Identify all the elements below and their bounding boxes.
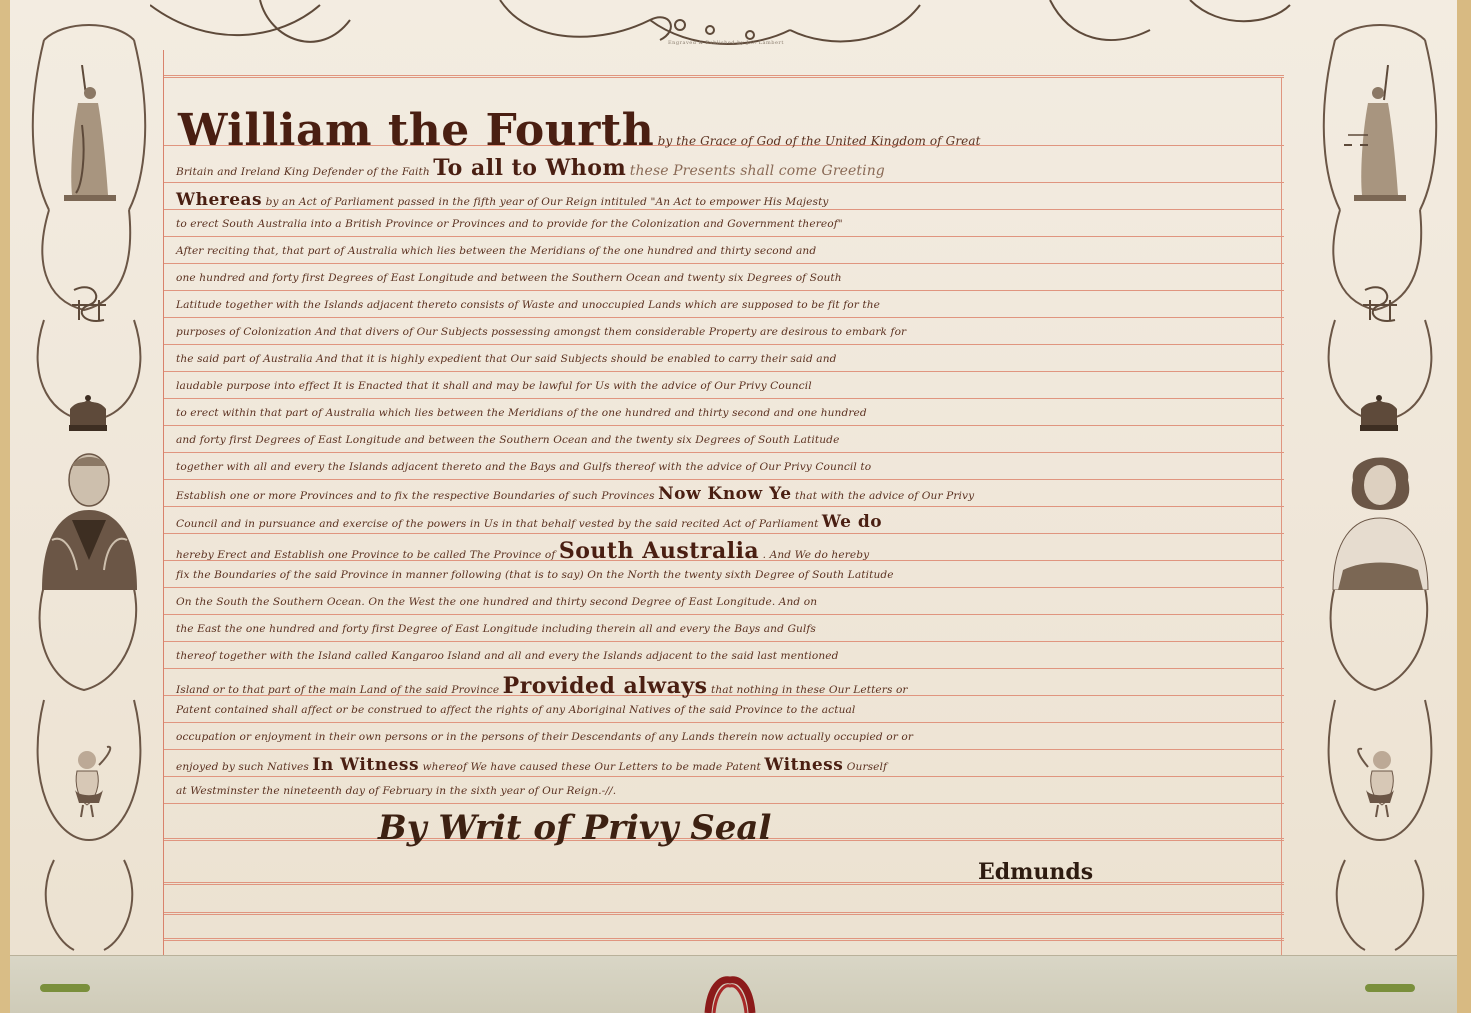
body-line: Patent contained shall affect or be cons… — [176, 704, 855, 716]
cipher-monogram-icon — [1355, 280, 1405, 330]
body-line: purposes of Colonization And that divers… — [176, 326, 906, 338]
body-line: the East the one hundred and forty first… — [176, 623, 816, 635]
body-line: to erect within that part of Australia w… — [176, 407, 867, 419]
body-line: fix the Boundaries of the said Province … — [176, 569, 894, 581]
justice-figure-icon — [62, 65, 117, 205]
body-line: Latitude together with the Islands adjac… — [176, 299, 880, 311]
body-line: enjoyed by such Natives In Witness where… — [176, 755, 887, 775]
body-line: and forty first Degrees of East Longitud… — [176, 434, 839, 446]
provided-always: Provided always — [503, 673, 708, 699]
body-line: to erect South Australia into a British … — [176, 218, 843, 230]
cherub-icon — [59, 745, 119, 820]
body-line: one hundred and forty first Degrees of E… — [176, 272, 842, 284]
body-line: thereof together with the Island called … — [176, 650, 839, 662]
royal-crown-icon — [1357, 395, 1401, 433]
green-tab-right — [1365, 984, 1415, 992]
heading-line-2: Britain and Ireland King Defender of the… — [176, 155, 885, 181]
body-line: Whereas by an Act of Parliament passed i… — [176, 190, 829, 210]
in-witness: In Witness — [312, 755, 419, 775]
now-know-ye: Now Know Ye — [658, 484, 791, 504]
justice-scales-figure-icon — [1340, 65, 1410, 205]
attestation-by-writ-of-privy-seal: By Writ of Privy Seal — [378, 808, 771, 848]
left-decorative-border — [14, 0, 164, 955]
frame-edge-left — [0, 0, 10, 1013]
engraver-credit: Engraved & Published by J.C. Lambert — [668, 40, 784, 46]
body-line: hereby Erect and Establish one Province … — [176, 538, 869, 564]
signature: Edmunds — [978, 859, 1093, 885]
portrait-king-william-iv — [32, 440, 147, 590]
body-line: occupation or enjoyment in their own per… — [176, 731, 913, 743]
body-line: On the South the Southern Ocean. On the … — [176, 596, 817, 608]
frame-edge-right — [1457, 0, 1471, 1013]
body-line: laudable purpose into effect It is Enact… — [176, 380, 812, 392]
heading-line-1: William the Fourth by the Grace of God o… — [178, 105, 981, 156]
cherub-icon — [1350, 745, 1410, 820]
body-line: at Westminster the nineteenth day of Feb… — [176, 785, 616, 797]
sovereign-name: William the Fourth — [178, 105, 654, 156]
body-line: Establish one or more Provinces and to f… — [176, 484, 974, 504]
body-line: After reciting that, that part of Austra… — [176, 245, 816, 257]
body-line: Council and in pursuance and exercise of… — [176, 512, 882, 532]
royal-crown-icon — [66, 395, 110, 433]
seal-cord — [700, 968, 760, 1013]
body-line: the said part of Australia And that it i… — [176, 353, 837, 365]
salutation-emphasis: To all to Whom — [433, 155, 626, 181]
body-line: together with all and every the Islands … — [176, 461, 871, 473]
cipher-monogram-icon — [64, 280, 114, 330]
right-decorative-border — [1305, 0, 1455, 955]
portrait-queen-adelaide — [1323, 440, 1438, 590]
green-tab-left — [40, 984, 90, 992]
province-name: South Australia — [559, 538, 759, 564]
body-line: Island or to that part of the main Land … — [176, 673, 908, 699]
